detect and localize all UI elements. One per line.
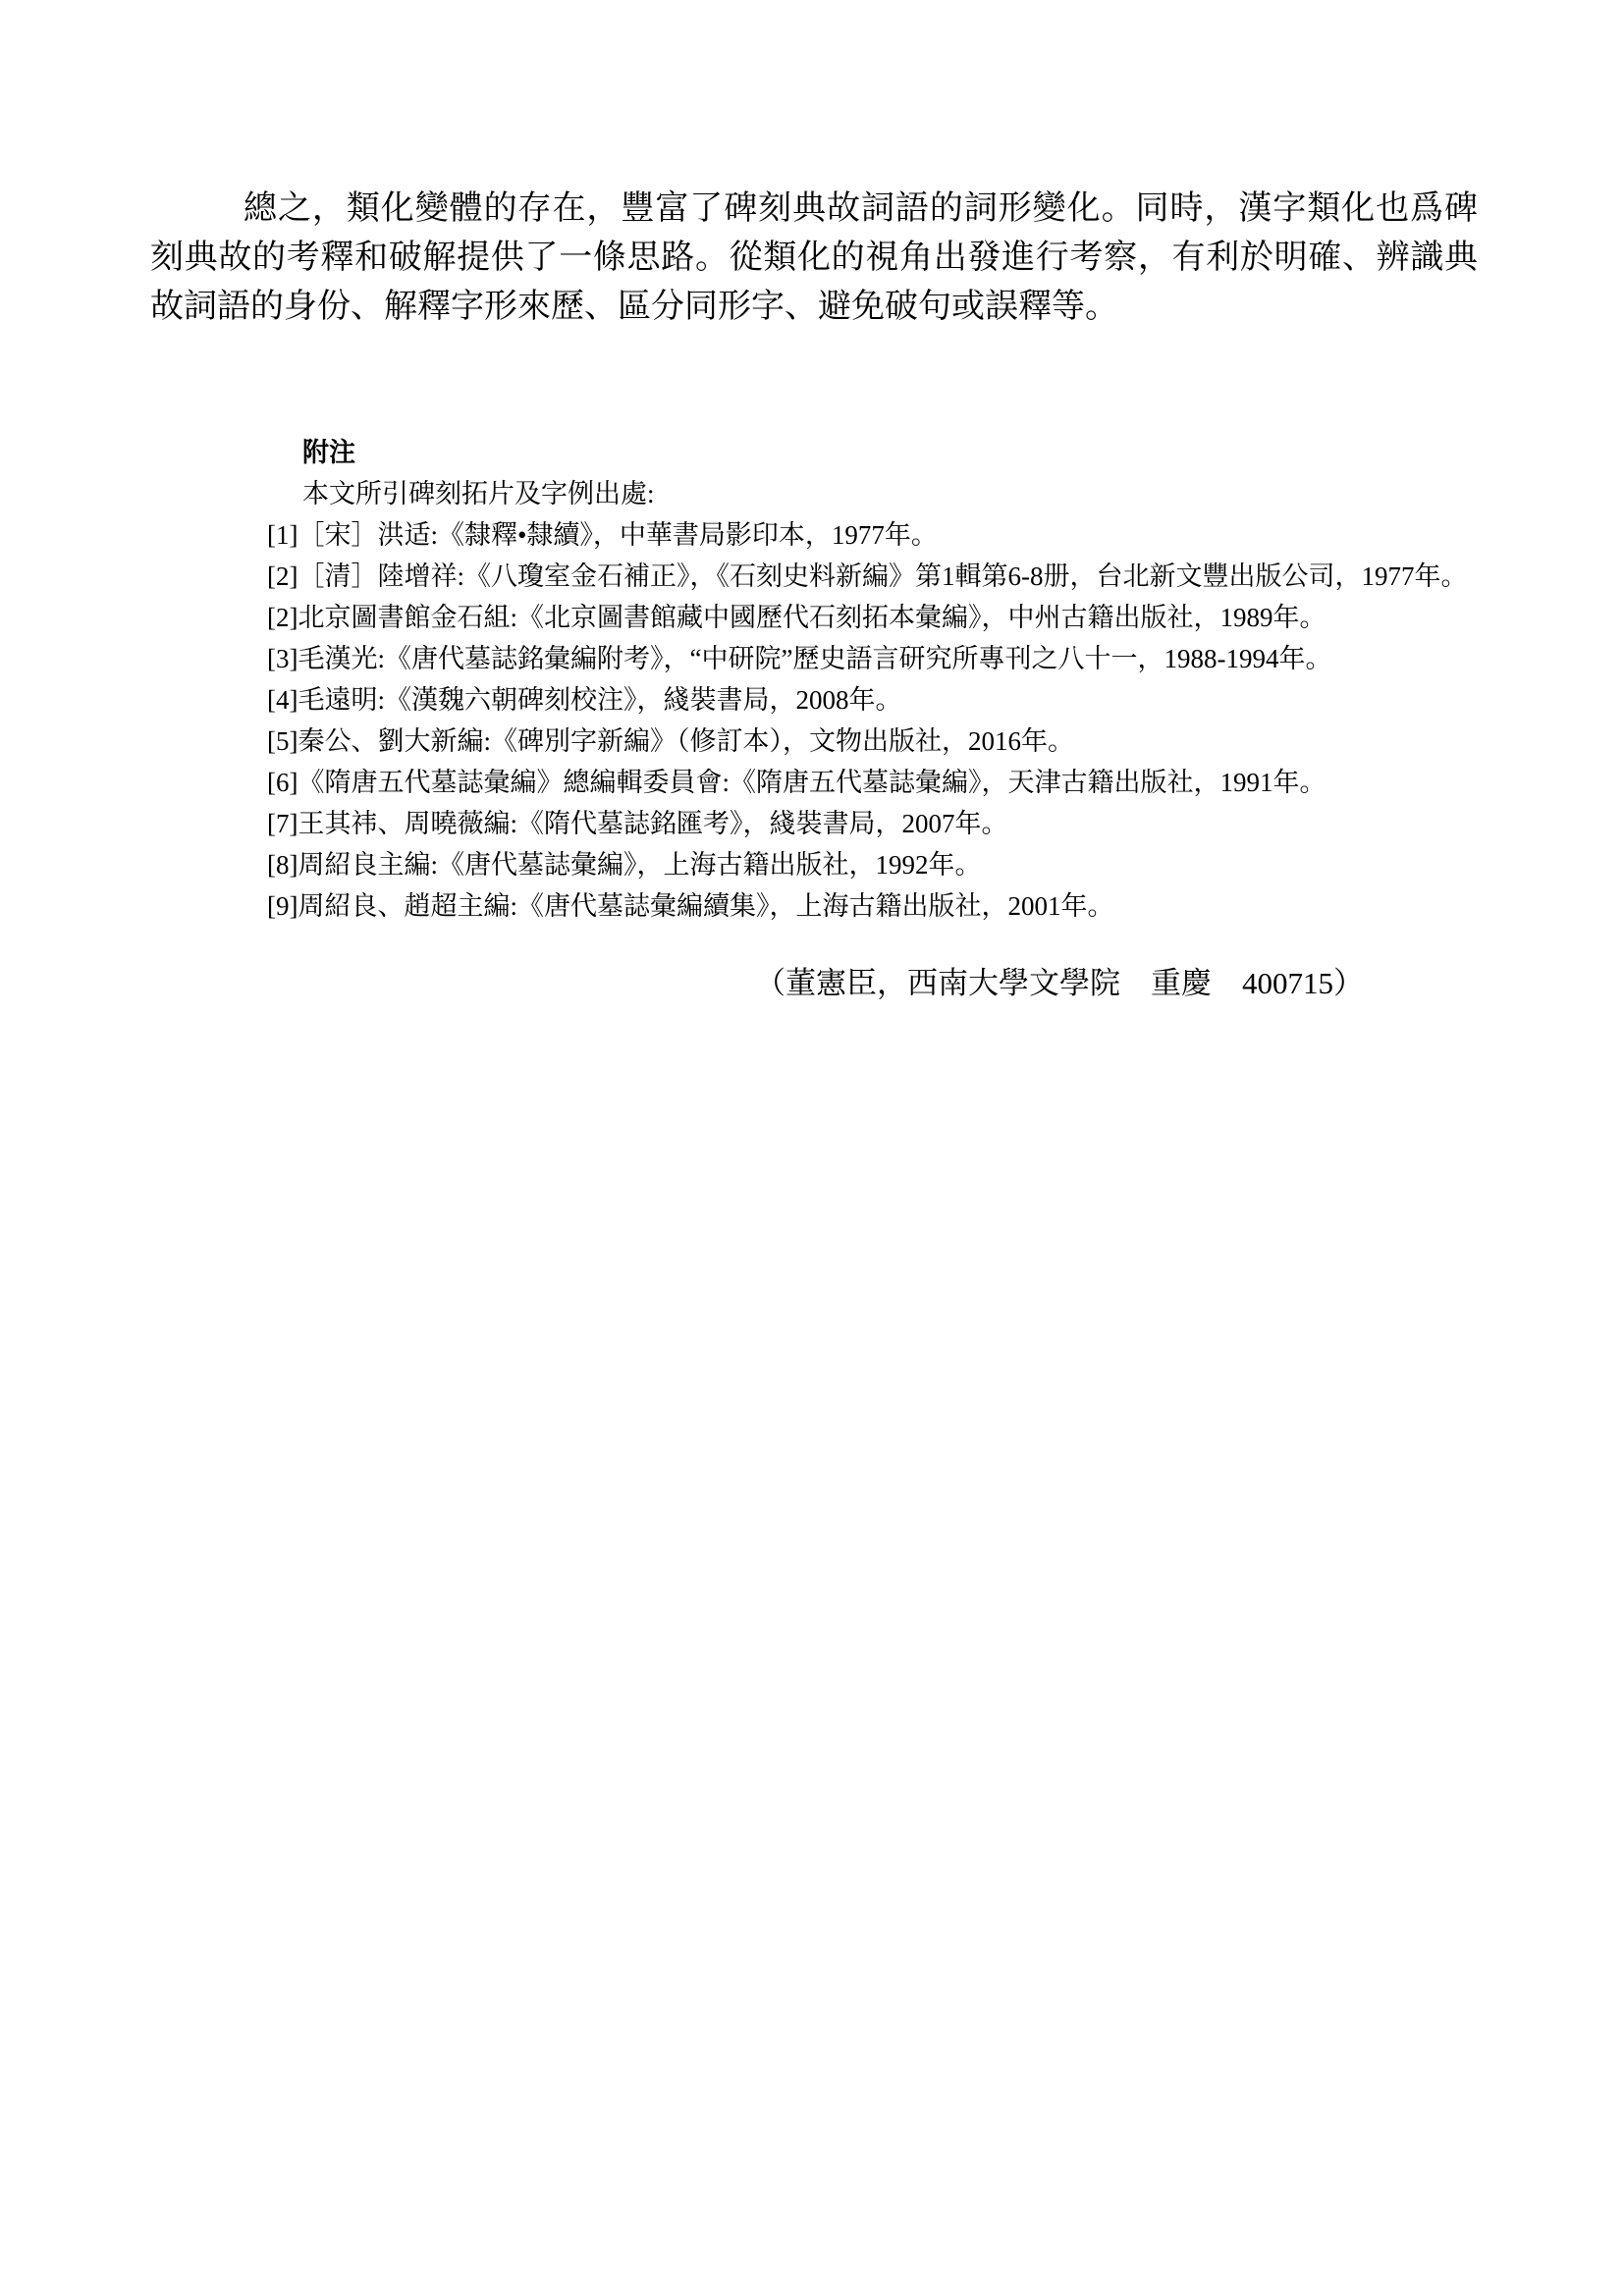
reference-item: [8]周紹良主編:《唐代墓誌彙編》，上海古籍出版社，1992年。 bbox=[267, 844, 1496, 885]
notes-section: 附注 本文所引碑刻拓片及字例出處: [1]［宋］洪适:《隸釋•隸續》，中華書局影… bbox=[267, 432, 1496, 1005]
reference-item: [7]王其祎、周曉薇編:《隋代墓誌銘匯考》，綫裝書局，2007年。 bbox=[267, 803, 1496, 844]
reference-item: [5]秦公、劉大新編:《碑別字新編》（修訂本），文物出版社，2016年。 bbox=[267, 721, 1496, 762]
reference-item: [9]周紹良、趙超主編:《唐代墓誌彙編續集》，上海古籍出版社，2001年。 bbox=[267, 885, 1496, 927]
reference-item: [6]《隋唐五代墓誌彙編》總編輯委員會:《隋唐五代墓誌彙編》，天津古籍出版社，1… bbox=[267, 762, 1496, 803]
reference-list: [1]［宋］洪适:《隸釋•隸續》，中華書局影印本，1977年。 [2]［清］陸增… bbox=[267, 514, 1496, 927]
reference-item: [4]毛遠明:《漢魏六朝碑刻校注》，綫裝書局，2008年。 bbox=[267, 679, 1496, 721]
author-affiliation: （董憲臣，西南大學文學院 重慶 400715） bbox=[267, 962, 1364, 1005]
closing-paragraph: 總之，類化變體的存在，豐富了碑刻典故詞語的詞形變化。同時，漢字類化也爲碑刻典故的… bbox=[150, 185, 1478, 332]
reference-item: [2]［清］陸增祥:《八瓊室金石補正》，《石刻史料新編》第1輯第6-8册，台北新… bbox=[267, 556, 1496, 597]
notes-intro: 本文所引碑刻拓片及字例出處: bbox=[302, 473, 1496, 514]
document-page: 總之，類化變體的存在，豐富了碑刻典故詞語的詞形變化。同時，漢字類化也爲碑刻典故的… bbox=[0, 0, 1624, 2296]
reference-item: [1]［宋］洪适:《隸釋•隸續》，中華書局影印本，1977年。 bbox=[267, 514, 1496, 556]
reference-item: [3]毛漢光:《唐代墓誌銘彙編附考》，“中研院”歷史語言研究所專刊之八十一，19… bbox=[267, 638, 1496, 679]
reference-item: [2]北京圖書館金石組:《北京圖書館藏中國歷代石刻拓本彙編》，中州古籍出版社，1… bbox=[267, 597, 1496, 638]
notes-heading: 附注 bbox=[302, 432, 1496, 473]
